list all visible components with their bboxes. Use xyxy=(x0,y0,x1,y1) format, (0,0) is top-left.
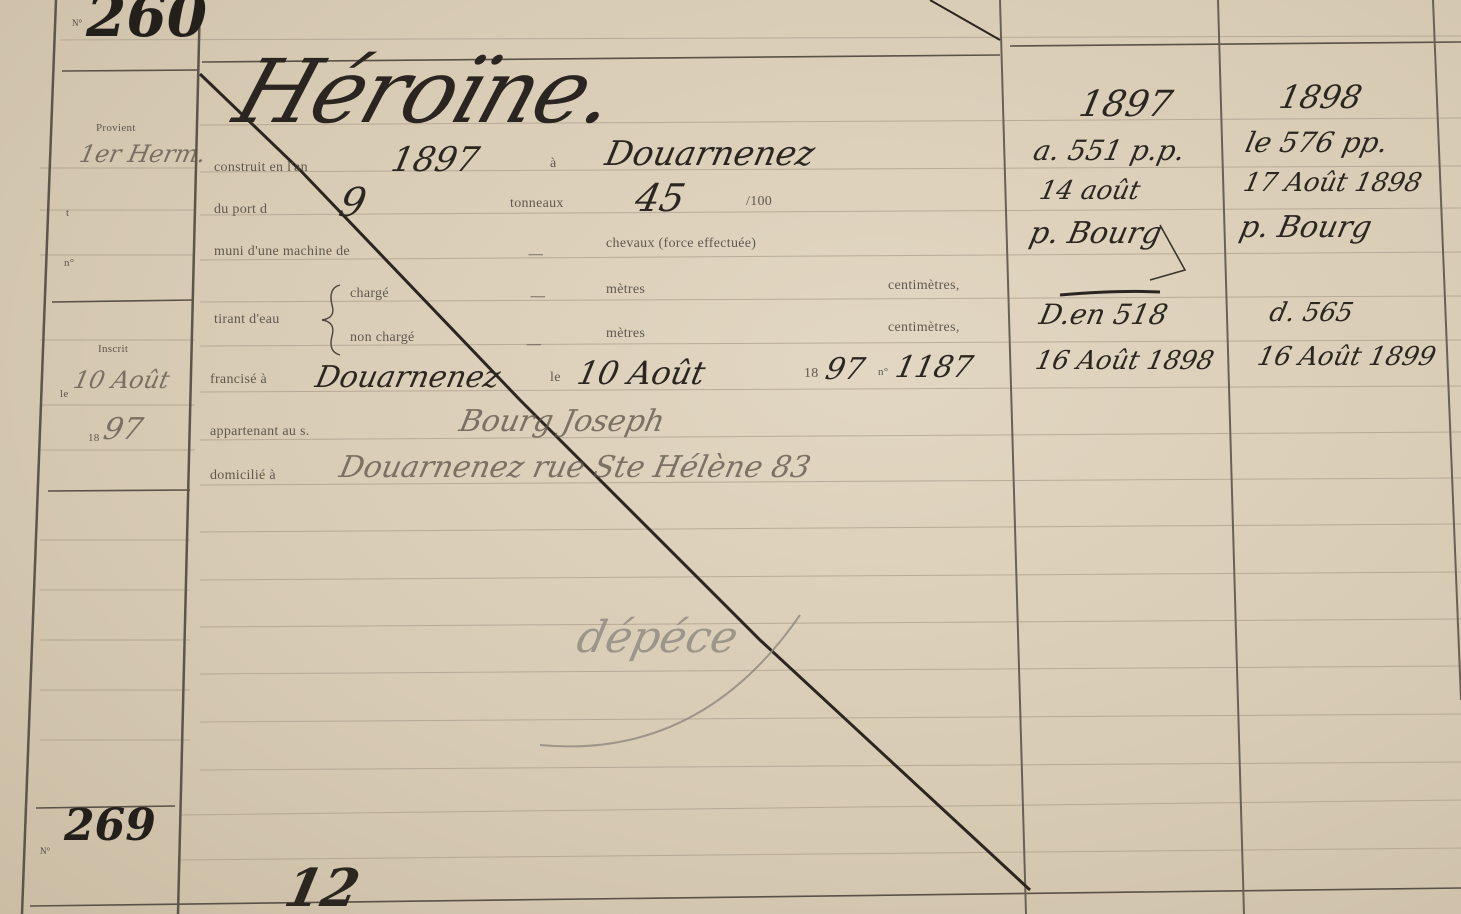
francise-year: 97 xyxy=(822,352,868,387)
origin-line3-label: n° xyxy=(64,257,75,269)
tonneaux-label: tonneaux xyxy=(510,196,564,212)
francise-place: Douarnenez xyxy=(312,360,503,395)
tirant-label: tirant d'eau xyxy=(214,312,280,328)
francise-year-prefix: 18 xyxy=(804,366,819,382)
construit-a-label: à xyxy=(550,156,557,172)
provient-value: 1er Herm. xyxy=(77,140,209,168)
brace-icon xyxy=(322,285,340,355)
annual-date: 16 Août 1898 xyxy=(1033,346,1217,376)
non-charge-metres-label: mètres xyxy=(606,326,645,342)
provient-label: Provient xyxy=(96,122,136,134)
annual-line: p. Bourg xyxy=(1236,210,1375,245)
owner-name: Bourg Joseph xyxy=(456,404,668,439)
next-entry-number: 269 xyxy=(64,800,156,851)
next-entry-number-label: N° xyxy=(40,846,50,856)
origin-line2-label: t xyxy=(66,207,69,219)
machine-label: muni d'une machine de xyxy=(214,244,350,260)
charge-metres-label: mètres xyxy=(606,282,645,298)
annual-date: 16 Août 1899 xyxy=(1255,342,1439,372)
annual-line: 14 août xyxy=(1037,176,1143,206)
construit-place: Douarnenez xyxy=(602,134,819,174)
ship-name: Héroïne. xyxy=(223,40,629,143)
ledger-page: N° 260 Héroïne. Provient 1er Herm. t n° … xyxy=(0,0,1461,914)
annual-line: a. 551 p.p. xyxy=(1030,134,1188,167)
construit-year: 1897 xyxy=(388,140,483,180)
inscrit-year: 97 xyxy=(100,412,146,447)
construit-label: construit en l'an xyxy=(214,160,308,176)
annual-role: D.en 518 xyxy=(1036,298,1170,331)
non-charge-centimetres-label: centimètres, xyxy=(888,320,960,336)
port-label: du port d xyxy=(214,202,267,218)
domicile-address: Douarnenez rue Ste Hélène 83 xyxy=(336,450,814,485)
francise-label: francisé à xyxy=(210,372,267,388)
francise-no-label: n° xyxy=(878,366,889,378)
inscrit-value: 10 Août xyxy=(71,366,172,394)
inscrit-year-prefix: 18 xyxy=(88,432,100,444)
chevaux-label: chevaux (force effectuée) xyxy=(606,236,756,252)
annual-year: 1897 xyxy=(1076,84,1176,125)
non-charge-label: non chargé xyxy=(350,330,415,346)
annual-year: 1898 xyxy=(1276,78,1366,116)
charge-label: chargé xyxy=(350,286,389,302)
annual-line: le 576 pp. xyxy=(1242,126,1391,159)
appartenant-label: appartenant au s. xyxy=(210,424,310,440)
domicilie-label: domicilié à xyxy=(210,468,276,484)
tonneaux-value: 45 xyxy=(631,176,689,220)
annual-line: p. Bourg xyxy=(1026,216,1165,251)
entry-number-label: N° xyxy=(72,18,82,28)
inscrit-label: Inscrit xyxy=(98,343,128,355)
charge-centimetres-label: centimètres, xyxy=(888,278,960,294)
francise-number: 1187 xyxy=(892,350,976,385)
next-entry-mark: 12 xyxy=(280,858,365,914)
pencil-annotation: dépéce xyxy=(573,612,743,663)
entry-number: 260 xyxy=(86,0,207,50)
annual-line: 17 Août 1898 xyxy=(1241,168,1425,198)
inscrit-prefix: le xyxy=(60,388,69,400)
francise-date: 10 Août xyxy=(574,354,709,392)
annual-role: d. 565 xyxy=(1267,298,1356,328)
francise-le-label: le xyxy=(550,370,561,386)
centiemes-label: /100 xyxy=(746,194,772,210)
